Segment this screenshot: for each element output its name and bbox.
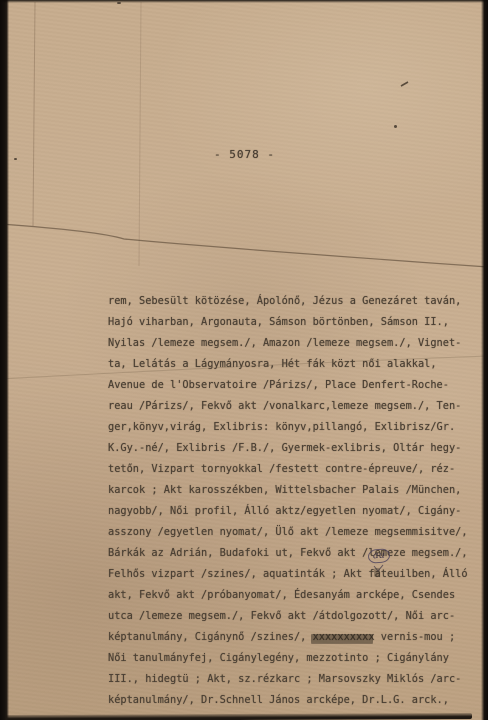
text-line: rem, Sebesült kötözése, Ápolónő, Jézus a… bbox=[108, 291, 472, 312]
text-line: tetőn, Vizpart tornyokkal /festett contr… bbox=[108, 459, 472, 480]
paper-speck bbox=[394, 125, 397, 128]
text-line: K.Gy.-né/, Exlibris /F.B./, Gyermek-exli… bbox=[108, 438, 472, 459]
paper-speck bbox=[117, 2, 121, 4]
text-line: ta, Lelátás a Lágymányosra, Hét fák közt… bbox=[108, 354, 472, 375]
text-line: III., hidegtü ; Akt, sz.rézkarc ; Marsov… bbox=[108, 669, 472, 690]
text-line: Hajó viharban, Argonauta, Sámson börtönb… bbox=[108, 312, 472, 333]
scan-edge-right bbox=[481, 0, 488, 720]
text-line: ger,könyv,virág, Exlibris: könyv,pillang… bbox=[108, 417, 472, 438]
scan-edge-left bbox=[0, 0, 9, 720]
text-line: utca /lemeze megsem./, Fekvő akt /átdolg… bbox=[108, 606, 472, 627]
typewritten-text-block: rem, Sebesült kötözése, Ápolónő, Jézus a… bbox=[108, 291, 472, 711]
text-line: nagyobb/, Női profil, Álló aktz/egyetlen… bbox=[108, 501, 472, 522]
scan-edge-bottom bbox=[6, 713, 472, 720]
page-number: - 5078 - bbox=[214, 148, 275, 161]
text-line: karcok ; Akt karosszékben, Wittelsbacher… bbox=[108, 480, 472, 501]
scanned-document-page: - 5078 - rem, Sebesült kötözése, Ápolónő… bbox=[0, 0, 488, 720]
scan-edge-top bbox=[0, 0, 488, 3]
text-line: reau /Párizs/, Fekvő akt /vonalkarc,leme… bbox=[108, 396, 472, 417]
struck-out-word-overlay bbox=[311, 634, 373, 643]
text-line: akt, Fekvő akt /próbanyomat/, Édesanyám … bbox=[108, 585, 472, 606]
text-line: Felhős vizpart /szines/, aquatinták ; Ak… bbox=[108, 564, 472, 585]
text-line: Avenue de l'Observatoire /Párizs/, Place… bbox=[108, 375, 472, 396]
text-line: képtanulmány, Cigánynő /szines/, xxxxxxx… bbox=[108, 627, 472, 648]
text-line: Bárkák az Adrián, Budafoki ut, Fekvő akt… bbox=[108, 543, 472, 564]
text-line: képtanulmány/, Dr.Schnell János arcképe,… bbox=[108, 690, 472, 711]
text-line: Női tanulmányfej, Cigánylegény, mezzotin… bbox=[108, 648, 472, 669]
paper-speck bbox=[14, 158, 17, 160]
overtyped-character-smudge bbox=[374, 568, 380, 577]
text-line: Nyilas /lemeze megsem./, Amazon /lemeze … bbox=[108, 333, 472, 354]
text-line: asszony /egyetlen nyomat/, Ülő akt /leme… bbox=[108, 522, 472, 543]
